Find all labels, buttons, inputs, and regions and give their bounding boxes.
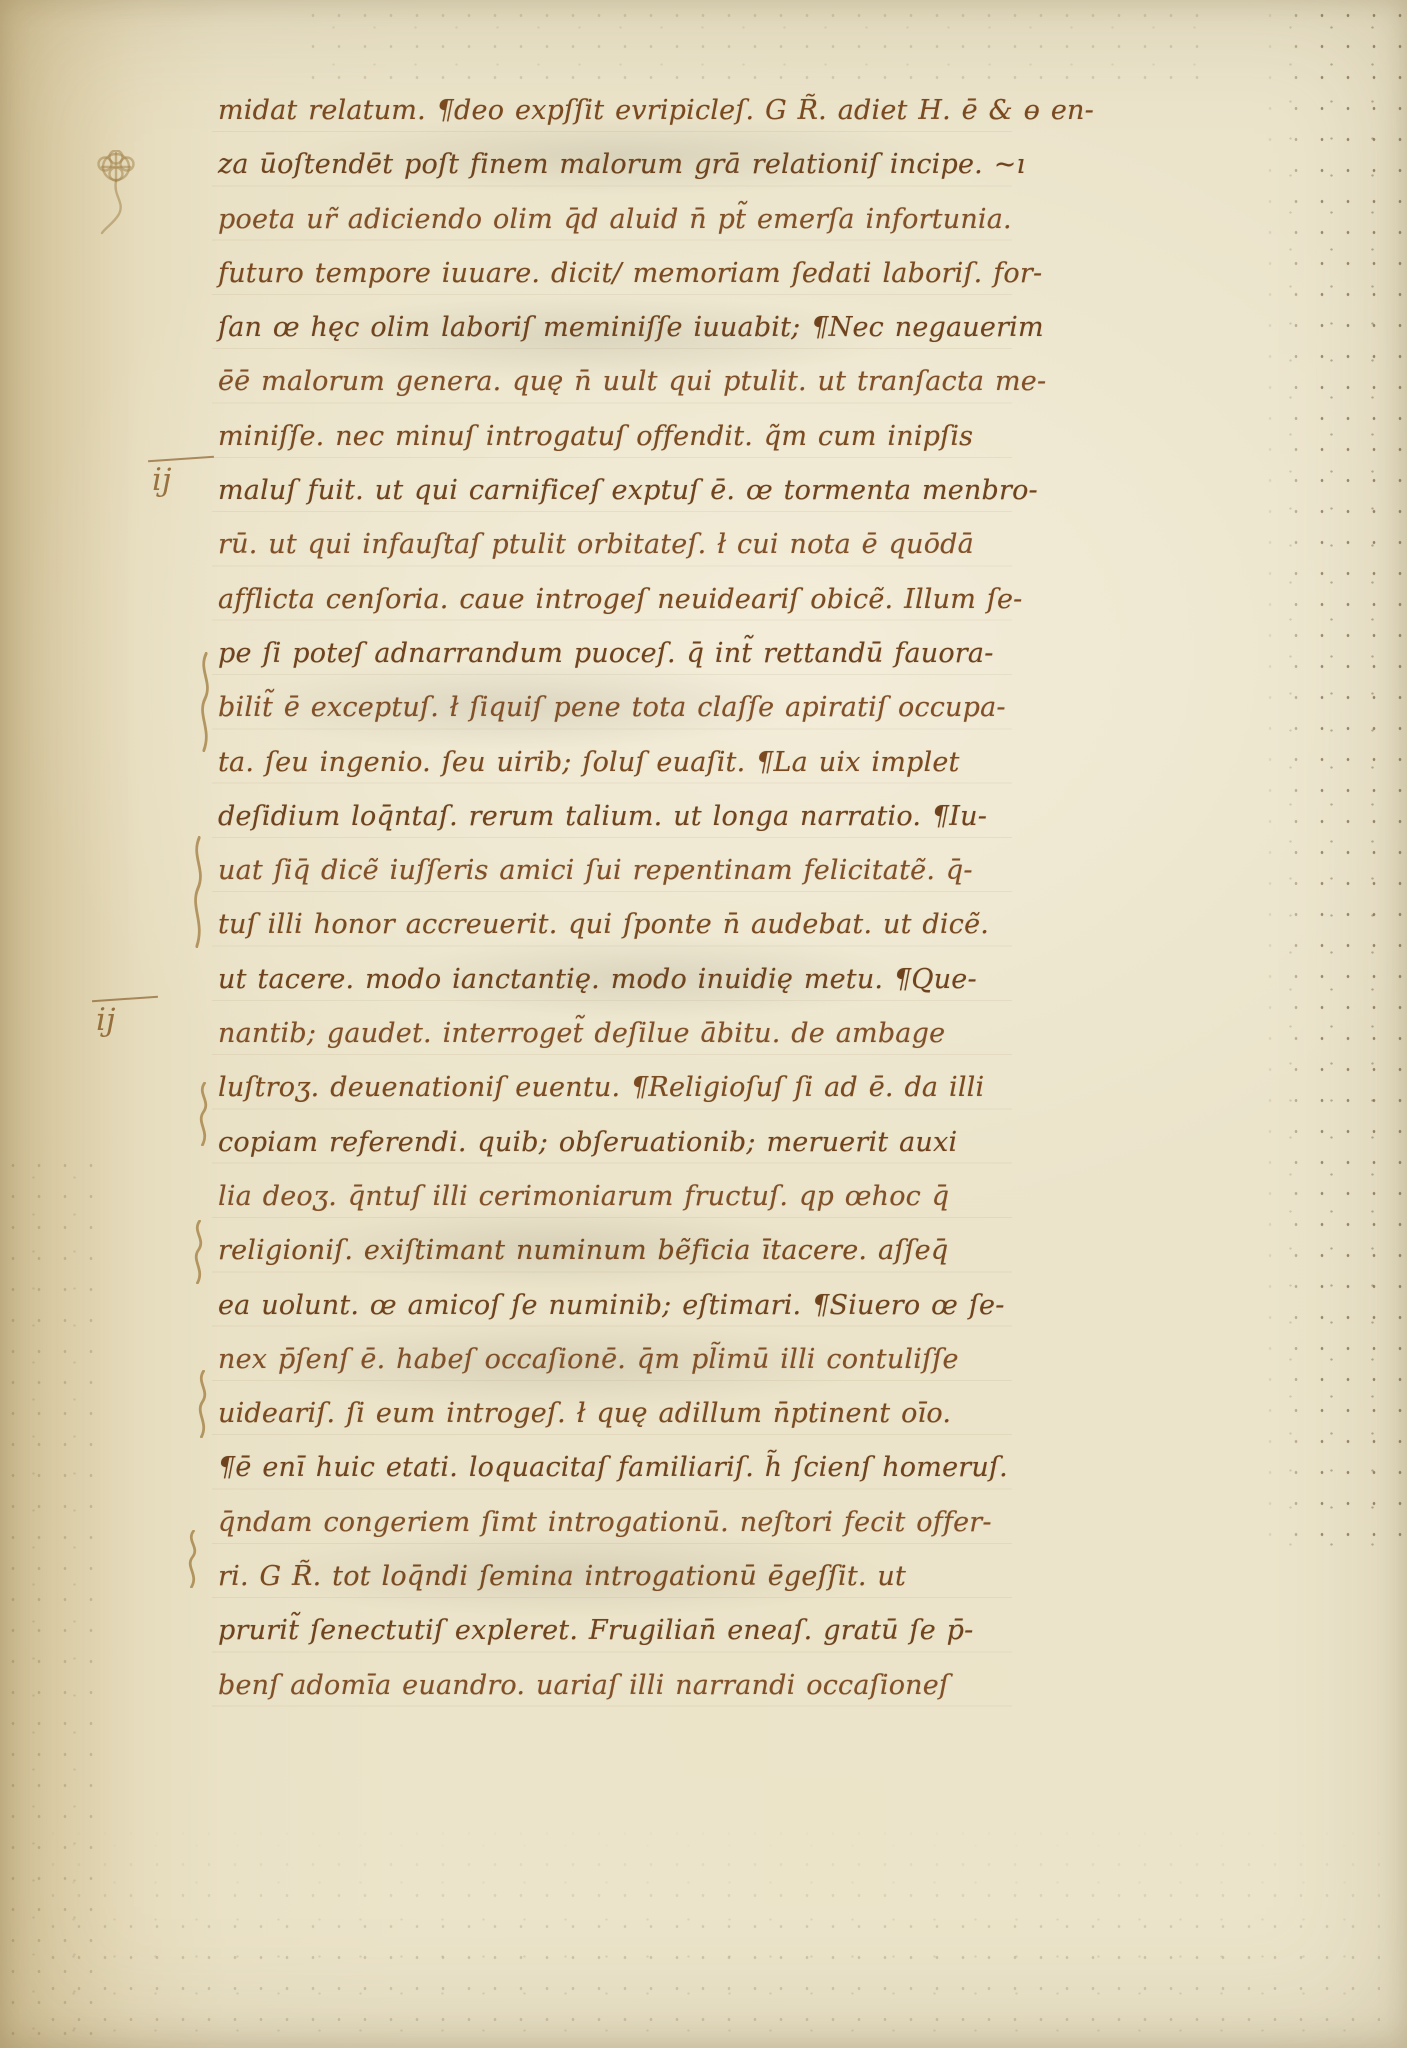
text-line: bilit̃ ē exceptuſ. ł ſiquiſ pene tota cl…: [218, 681, 1058, 735]
margin-squiggle-mark: [196, 1082, 211, 1150]
text-line: religioniſ. exiſtimant numinum bẽficia ī…: [218, 1224, 1058, 1278]
text-line: nex p̄ſenſ ē. habeſ occaſionē. q̄m pl̃im…: [218, 1333, 1058, 1387]
text-line: lia deoʒ. q̄ntuſ illi cerimoniarum fruct…: [218, 1170, 1058, 1224]
quire-mark-bar: [148, 456, 214, 463]
parchment-speckles: [40, 1818, 1380, 2048]
text-line: ut tacere. modo ianctantię. modo inuidię…: [218, 953, 1058, 1007]
text-line: ea uolunt. œ amicoſ ſe numinib; eſtimari…: [218, 1279, 1058, 1333]
text-line: nantib; gaudet. interroget̃ deſilue ābit…: [218, 1007, 1058, 1061]
text-line: deſidium loq̄ntaſ. rerum talium. ut long…: [218, 790, 1058, 844]
text-line: benſ adomīa euandro. uariaſ illi narrand…: [218, 1659, 1058, 1713]
manuscript-page: ij ij midat relatum. ¶deo expſſit evripi…: [0, 0, 1407, 2048]
flower-doodle-icon: [92, 150, 148, 246]
text-line: ¶ē enī huic etati. loquacitaſ familiariſ…: [218, 1441, 1058, 1495]
text-line: futuro tempore iuuare. dicit/ memoriam ſ…: [218, 247, 1058, 301]
text-line: q̄ndam congeriem ſimt introgationū. neſt…: [218, 1496, 1058, 1550]
margin-squiggle-mark: [191, 1220, 206, 1288]
text-line: ta. ſeu ingenio. ſeu uirib; ſoluſ euaſit…: [218, 736, 1058, 790]
text-line: ſan œ hęc olim laboriſ meminiſſe iuuabit…: [218, 301, 1058, 355]
quire-mark: ij: [152, 462, 172, 498]
parchment-speckles: [1257, 0, 1407, 1560]
text-line: maluſ fuit. ut qui carnificeſ exptuſ ē. …: [218, 464, 1058, 518]
margin-squiggle-mark: [195, 1370, 210, 1442]
text-line: ri. G R̃. tot loq̄ndi ſemina introgation…: [218, 1550, 1058, 1604]
text-line: tuſ illi honor accreuerit. qui ſponte n̄…: [218, 898, 1058, 952]
text-line: afflicta cenſoria. caue introgeſ neuidea…: [218, 573, 1058, 627]
quire-mark-bar: [92, 996, 158, 1003]
text-line: copiam referendi. quib; obſeruationib; m…: [218, 1116, 1058, 1170]
margin-squiggle-mark: [190, 836, 206, 952]
parchment-speckles: [0, 1150, 110, 2048]
text-line: poeta ur̃ adiciendo olim q̄d aluid n̄ pt…: [218, 193, 1058, 247]
text-line: ēē malorum genera. quę n̄ uult qui ptuli…: [218, 355, 1058, 409]
text-line: luſtroʒ. deuenationiſ euentu. ¶Religioſu…: [218, 1061, 1058, 1115]
text-line: pe ſi poteſ adnarrandum puoceſ. q̄ int̃ …: [218, 627, 1058, 681]
text-line: midat relatum. ¶deo expſſit evripicleſ. …: [218, 84, 1058, 138]
quire-mark: ij: [96, 1002, 116, 1038]
text-line: miniſſe. nec minuſ introgatuſ offendit. …: [218, 410, 1058, 464]
parchment-speckles: [300, 0, 1200, 90]
margin-squiggle-mark: [197, 652, 213, 756]
text-block: midat relatum. ¶deo expſſit evripicleſ. …: [218, 84, 1058, 1713]
text-line: prurit̃ ſenectutiſ expleret. Frugilian̄ …: [218, 1604, 1058, 1658]
text-line: uideariſ. ſi eum introgeſ. ł quę adillum…: [218, 1387, 1058, 1441]
text-line: uat ſiq̄ dicẽ iuſſeris amici ſui repenti…: [218, 844, 1058, 898]
quire-mark-text: ij: [152, 462, 172, 498]
text-line: rū. ut qui infauſtaſ ptulit orbitateſ. ł…: [218, 518, 1058, 572]
margin-squiggle-mark: [185, 1530, 200, 1592]
text-line: za ūoſtendēt poſt finem malorum grā rela…: [218, 138, 1058, 192]
quire-mark-text: ij: [96, 1002, 116, 1038]
